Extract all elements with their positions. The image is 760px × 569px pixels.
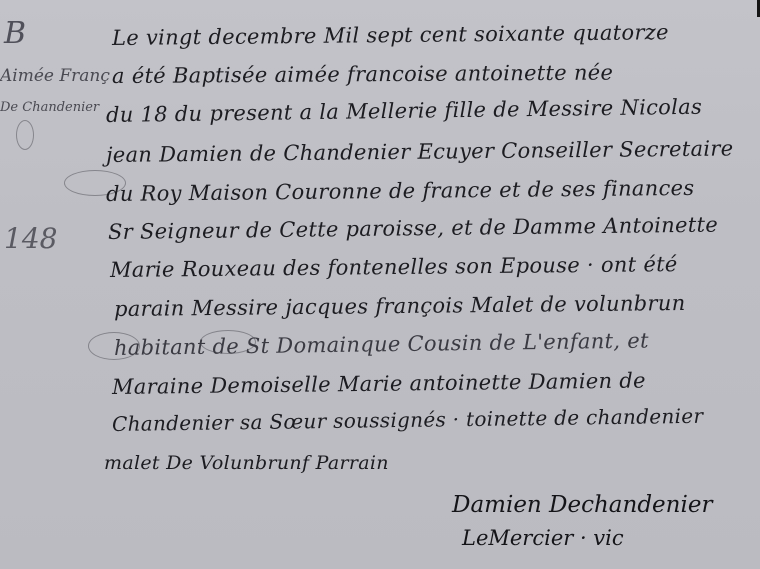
entry-line: Sr Seigneur de Cette paroisse, et de Dam… <box>108 213 718 244</box>
margin-name-line2: De Chandenier <box>0 100 99 115</box>
entry-line: du Roy Maison Couronne de france et de s… <box>106 176 695 206</box>
margin-name-line1: Aimée Franç <box>0 66 110 86</box>
entry-line: Chandenier sa Sœur soussignés · toinette… <box>112 404 704 436</box>
entry-line: Le vingt decembre Mil sept cent soixante… <box>112 20 669 50</box>
signature-lemercier-vicaire: LeMercier · vic <box>462 526 624 550</box>
entry-line: du 18 du present a la Mellerie fille de … <box>106 95 702 127</box>
entry-line: malet De Volunbrunf Parrain <box>104 452 389 474</box>
margin-entry-number: 148 <box>4 222 57 255</box>
entry-line: jean Damien de Chandenier Ecuyer Conseil… <box>106 136 734 167</box>
flourish <box>16 120 34 150</box>
margin-letter: B <box>4 16 26 51</box>
entry-line: Maraine Demoiselle Marie antoinette Dami… <box>112 368 646 399</box>
entry-line: parain Messire jacques françois Malet de… <box>114 291 686 321</box>
entry-line: Marie Rouxeau des fontenelles son Epouse… <box>110 252 678 282</box>
register-page: B Aimée Franç De Chandenier 148 Le vingt… <box>0 0 760 569</box>
entry-line: habitant de St Domainque Cousin de L'enf… <box>114 329 649 360</box>
signature-damien-dechandenier: Damien Dechandenier <box>452 492 712 518</box>
entry-line: a été Baptisée aimée francoise antoinett… <box>112 61 613 88</box>
